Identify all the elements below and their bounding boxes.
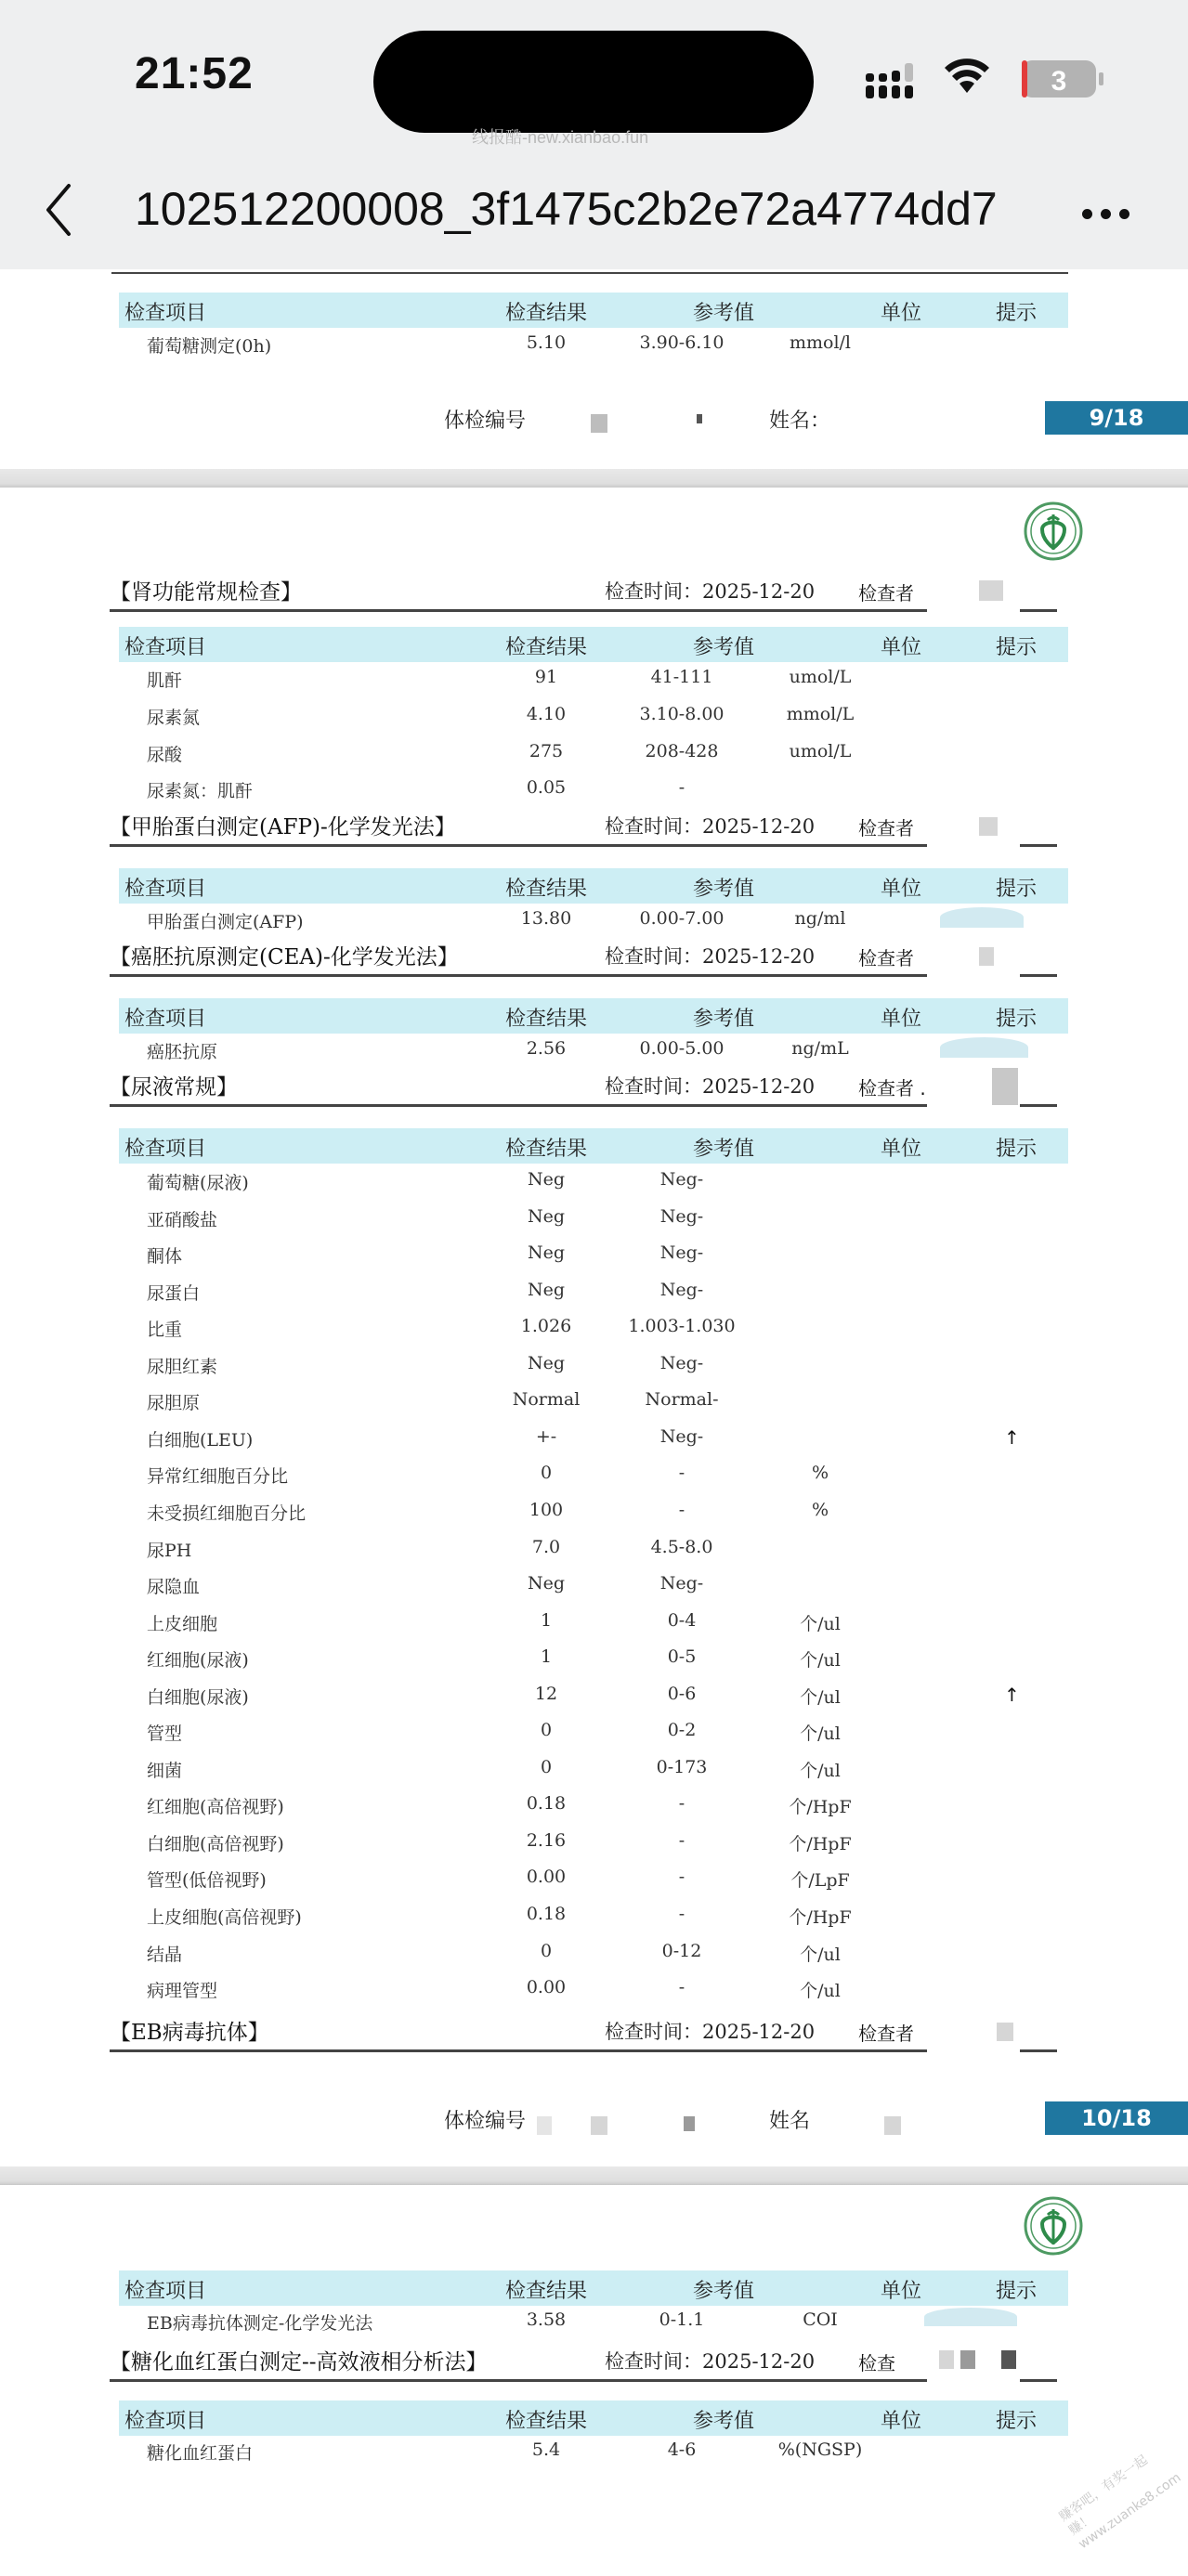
table-row: 甲胎蛋白测定(AFP)13.800.00-7.00ng/ml — [119, 903, 1068, 940]
table-row: 管型00-2个/ul — [119, 1714, 1068, 1751]
nav-bar: 102512200008_3f1475c2b2e72a4774dd7 — [0, 149, 1188, 269]
section-time: 检查时间：2025-12-20 — [605, 2347, 815, 2374]
report-page-11: 检查项目检查结果参考值单位提示 EB病毒抗体测定-化学发光法3.580-1.1C… — [0, 2185, 1188, 2576]
watermark-text: 线报酷-new.xianbao.fun — [472, 124, 648, 149]
table-header: 检查项目检查结果参考值单位提示 — [119, 868, 1068, 904]
table-row: 红细胞(高倍视野)0.18-个/HpF — [119, 1788, 1068, 1825]
battery-level: 3 — [1051, 66, 1067, 97]
page-separator — [0, 469, 1188, 488]
table-row: 肌酐9141-111umol/L — [119, 661, 1068, 698]
table-header: 检查项目检查结果参考值单位提示 — [119, 998, 1068, 1034]
table-row: 白细胞(LEU)+-Neg-↑ — [119, 1421, 1068, 1458]
table-header: 检查项目检查结果参考值单位提示 — [119, 2270, 1068, 2306]
section-time: 检查时间：2025-12-20 — [605, 942, 815, 969]
table-row: 管型(低倍视野)0.00-个/LpF — [119, 1861, 1068, 1898]
table-row: 白细胞(尿液)120-6个/ul↑ — [119, 1678, 1068, 1715]
section-title: 【甲胎蛋白测定(AFP)-化学发光法】 — [110, 810, 456, 840]
table-row: 上皮细胞10-4个/ul — [119, 1605, 1068, 1642]
table-row: 结晶00-12个/ul — [119, 1935, 1068, 1972]
table-header: 检查项目 检查结果 参考值 单位 提示 — [119, 293, 1068, 328]
section-afp: 【甲胎蛋白测定(AFP)-化学发光法】 检查时间：2025-12-20 检查者 — [110, 808, 1057, 845]
table-header: 检查项目检查结果参考值单位提示 — [119, 1128, 1068, 1164]
table-header: 检查项目检查结果参考值单位提示 — [119, 627, 1068, 662]
table-row: 亚硝酸盐NegNeg- — [119, 1201, 1068, 1238]
table-row: 葡萄糖测定(0h) 5.10 3.90-6.10 mmol/l — [119, 327, 1068, 364]
section-time: 检查时间：2025-12-20 — [605, 1072, 815, 1099]
table-row: 尿酸275208-428umol/L — [119, 735, 1068, 773]
section-title: 【EB病毒抗体】 — [110, 2015, 269, 2046]
document-title: 102512200008_3f1475c2b2e72a4774dd7 — [135, 182, 1054, 236]
table-row: 尿素氮：肌酐0.05- — [119, 772, 1068, 809]
table-row: 红细胞(尿液)10-5个/ul — [119, 1641, 1068, 1678]
exam-id-label: 体检编号 — [444, 2105, 526, 2134]
section-ebv: 【EB病毒抗体】 检查时间：2025-12-20 检查者 — [110, 2013, 1057, 2050]
page-number-badge: 10/18 — [1045, 2101, 1188, 2135]
name-label: 姓名： — [769, 405, 830, 434]
checker-label: 检查 — [858, 2348, 895, 2375]
table-row: 细菌00-173个/ul — [119, 1751, 1068, 1789]
table-row: 比重1.0261.003-1.030 — [119, 1310, 1068, 1347]
name-label: 姓名 — [769, 2105, 810, 2134]
table-row: 癌胚抗原2.560.00-5.00ng/mL — [119, 1033, 1068, 1070]
checker-label: 检查者 — [858, 579, 914, 605]
clock: 21:52 — [135, 48, 254, 99]
section-time: 检查时间：2025-12-20 — [605, 2017, 815, 2045]
table-row: 糖化血红蛋白5.44-6%(NGSP) — [119, 2434, 1068, 2471]
table-row: 上皮细胞(高倍视野)0.18-个/HpF — [119, 1898, 1068, 1935]
exam-id-label: 体检编号 — [444, 405, 526, 434]
hospital-logo-icon — [1024, 2196, 1083, 2256]
section-divider — [111, 272, 1068, 274]
page-footer: 体检编号 姓名 10/18 — [0, 2101, 1188, 2139]
section-title: 【肾功能常规检查】 — [110, 575, 302, 605]
report-page-10: 【肾功能常规检查】 检查时间：2025-12-20 检查者 检查项目检查结果参考… — [0, 488, 1188, 2166]
section-title: 【糖化血红蛋白测定--高效液相分析法】 — [110, 2345, 488, 2375]
table-row: 尿蛋白NegNeg- — [119, 1274, 1068, 1311]
page-footer: 体检编号 姓名： 9/18 — [0, 401, 1188, 438]
table-row: 未受损红细胞百分比100-% — [119, 1494, 1068, 1531]
cellular-signal-icon — [866, 59, 925, 100]
section-title: 【癌胚抗原测定(CEA)-化学发光法】 — [110, 940, 459, 970]
section-hba1c: 【糖化血红蛋白测定--高效液相分析法】 检查时间：2025-12-20 检查 — [110, 2343, 1057, 2380]
checker-label: 检查者 — [858, 943, 914, 970]
section-time: 检查时间：2025-12-20 — [605, 812, 815, 839]
section-time: 检查时间：2025-12-20 — [605, 577, 815, 605]
table-row: 异常红细胞百分比0-% — [119, 1457, 1068, 1494]
hospital-logo-icon — [1024, 501, 1083, 561]
status-bar: 21:52 线报酷-new.xianbao.fun 3 — [0, 0, 1188, 149]
wifi-icon — [945, 56, 989, 95]
table-row: 尿PH7.04.5-8.0 — [119, 1531, 1068, 1568]
section-cea: 【癌胚抗原测定(CEA)-化学发光法】 检查时间：2025-12-20 检查者 — [110, 938, 1057, 975]
table-header: 检查项目检查结果参考值单位提示 — [119, 2400, 1068, 2436]
checker-label: 检查者 — [858, 2019, 914, 2046]
abnormal-high-arrow-icon: ↑ — [1004, 1684, 1020, 1706]
checker-label: 检查者 — [858, 813, 914, 840]
table-row: 尿隐血NegNeg- — [119, 1568, 1068, 1605]
battery-icon: 3 — [1021, 59, 1106, 99]
back-button[interactable] — [41, 182, 78, 238]
abnormal-high-arrow-icon: ↑ — [1004, 1426, 1020, 1449]
dynamic-island — [373, 31, 814, 133]
section-kidney: 【肾功能常规检查】 检查时间：2025-12-20 检查者 — [110, 573, 1057, 610]
more-options-button[interactable] — [1082, 204, 1138, 223]
section-title: 【尿液常规】 — [110, 1070, 238, 1100]
table-row: 尿胆红素NegNeg- — [119, 1347, 1068, 1385]
page-separator — [0, 2166, 1188, 2185]
page-number-badge: 9/18 — [1045, 401, 1188, 435]
ellipsis-icon — [1082, 209, 1092, 219]
redacted-exam-id — [591, 414, 607, 433]
report-page-9: 检查项目 检查结果 参考值 单位 提示 葡萄糖测定(0h) 5.10 3.90-… — [0, 269, 1188, 469]
section-urine: 【尿液常规】 检查时间：2025-12-20 检查者 . — [110, 1068, 1057, 1105]
table-row: 尿素氮4.103.10-8.00mmol/L — [119, 698, 1068, 735]
chevron-left-icon — [48, 186, 69, 234]
table-row: 白细胞(高倍视野)2.16-个/HpF — [119, 1825, 1068, 1862]
table-row: 酮体NegNeg- — [119, 1237, 1068, 1274]
checker-label: 检查者 . — [858, 1073, 926, 1100]
table-row: 病理管型0.00-个/ul — [119, 1971, 1068, 2009]
table-row: 葡萄糖(尿液)NegNeg- — [119, 1164, 1068, 1201]
table-row: 尿胆原NormalNormal- — [119, 1384, 1068, 1421]
